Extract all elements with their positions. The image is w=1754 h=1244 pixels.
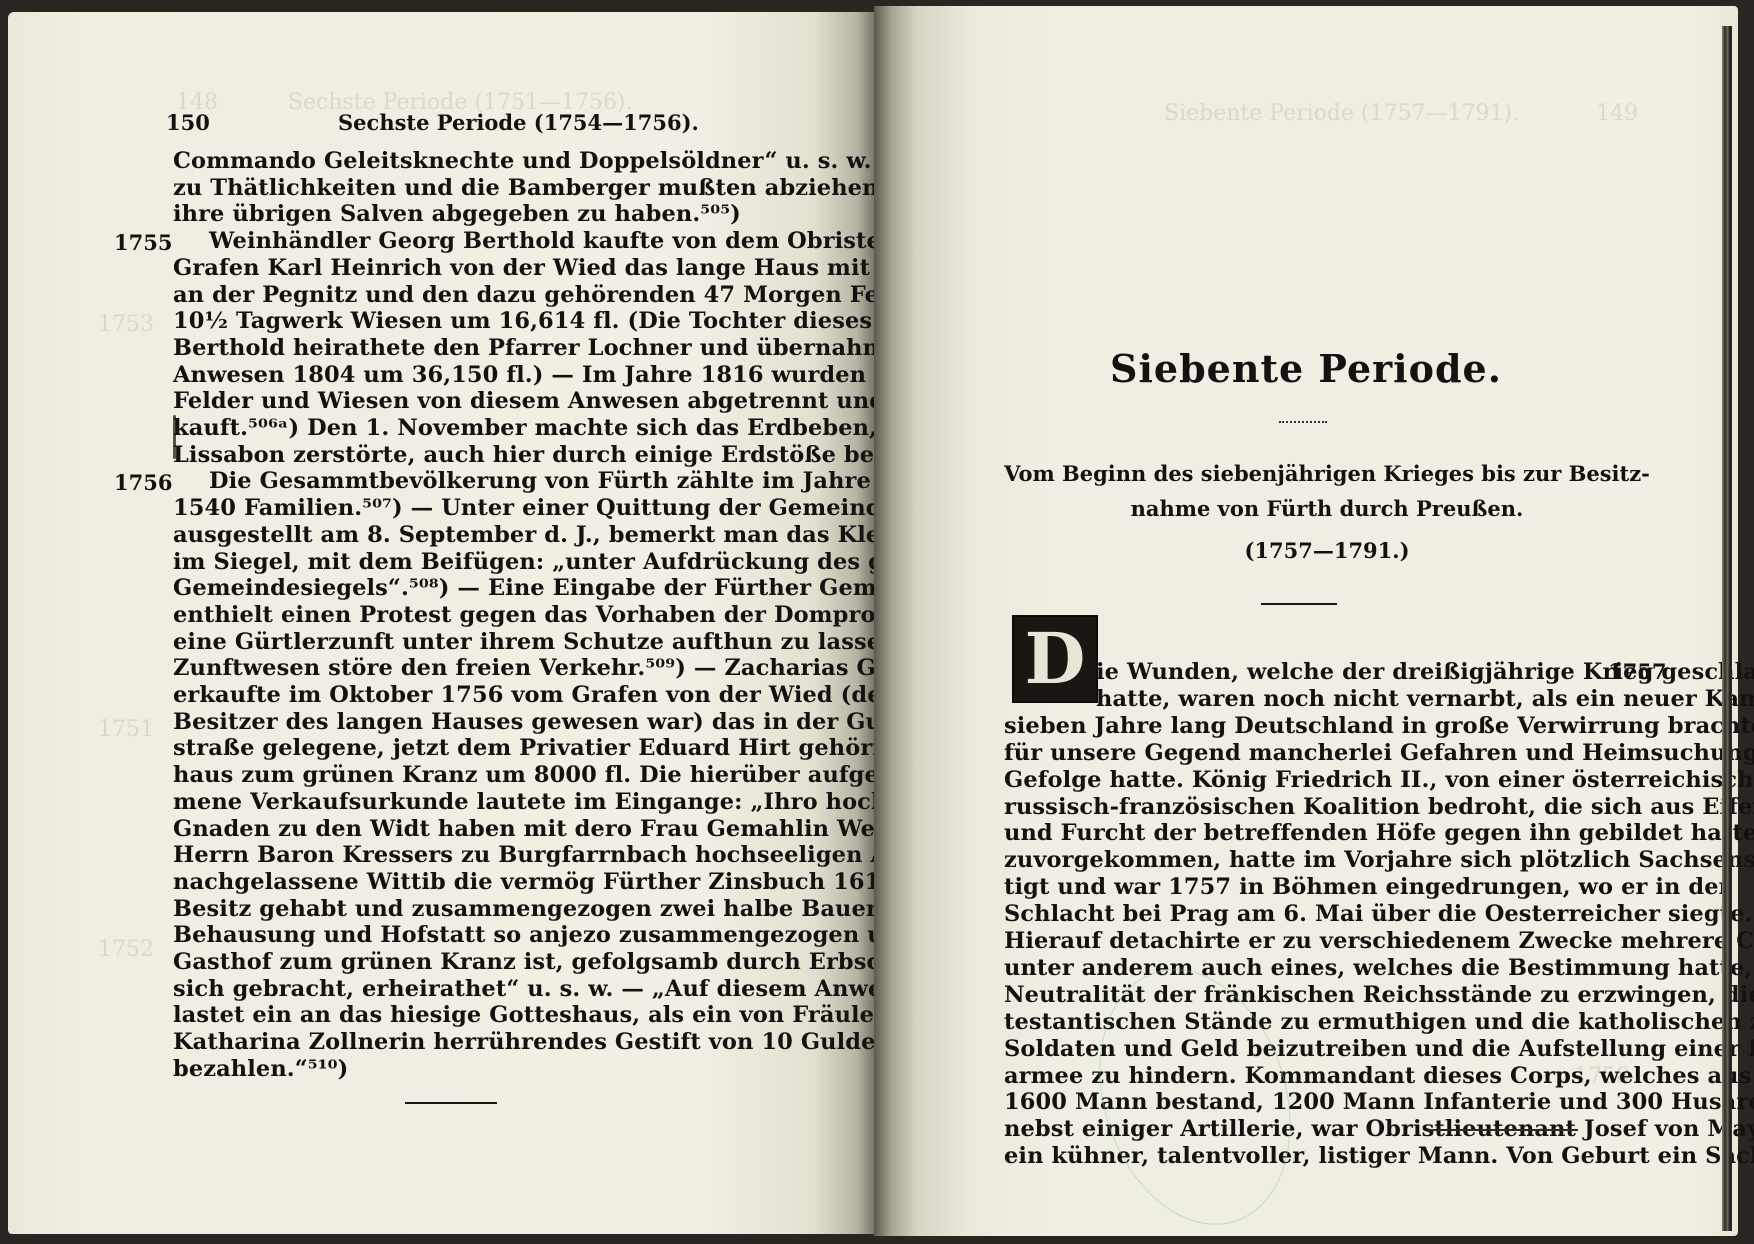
text-line: tigt und war 1757 in Böhmen eingedrungen…	[1004, 874, 1584, 900]
text-line: Hierauf detachirte er zu verschiedenem Z…	[1004, 928, 1584, 954]
text-line: 1600 Mann bestand, 1200 Mann Infanterie …	[1004, 1089, 1584, 1115]
text-line: Schlacht bei Prag am 6. Mai über die Oes…	[1004, 901, 1584, 927]
page-number: 150	[166, 110, 210, 135]
text-line: mene Verkaufsurkunde lautete im Eingange…	[173, 789, 745, 815]
margin-year: 1756	[114, 470, 172, 495]
chapter-subtitle-line-2: nahme von Fürth durch Preußen.	[1002, 496, 1652, 521]
text-line: sieben Jahre lang Deutschland in große V…	[1004, 713, 1584, 739]
chapter-title: Siebente Periode.	[874, 346, 1738, 391]
text-line: unter anderem auch eines, welches die Be…	[1004, 955, 1584, 981]
text-line: ausgestellt am 8. September d. J., bemer…	[173, 522, 745, 548]
text-line: Commando Geleitsknechte und Doppelsöldne…	[173, 148, 745, 174]
text-line: zu Thätlichkeiten und die Bamberger mußt…	[173, 175, 745, 201]
text-line: ihre übrigen Salven abgegeben zu haben.⁵…	[173, 201, 741, 227]
text-line: Weinhändler Georg Berthold kaufte von de…	[209, 228, 745, 254]
chapter-subtitle-line-1: Vom Beginn des siebenjährigen Krieges bi…	[1002, 461, 1652, 486]
text-line: ein kühner, talentvoller, listiger Mann.…	[1004, 1143, 1584, 1169]
page-block-edge	[1722, 26, 1732, 1231]
text-line: Katharina Zollnerin herrührendes Gestift…	[173, 1029, 745, 1055]
text-line: straße gelegene, jetzt dem Privatier Edu…	[173, 735, 745, 761]
text-line: bezahlen.“⁵¹⁰)	[173, 1056, 348, 1082]
text-line: russisch-französischen Koalition bedroht…	[1004, 794, 1584, 820]
text-line: erkaufte im Oktober 1756 vom Grafen von …	[173, 682, 745, 708]
text-line: Die Gesammtbevölkerung von Fürth zählte …	[209, 468, 745, 494]
text-line: zuvorgekommen, hatte im Vorjahre sich pl…	[1004, 847, 1584, 873]
running-header: Sechste Periode (1754—1756).	[338, 110, 699, 135]
show-through-year: 1752	[98, 937, 154, 962]
left-page: 148 Sechste Periode (1751—1756). 1753 17…	[8, 12, 874, 1234]
show-through-header: Siebente Periode (1757—1791). 149	[1164, 101, 1638, 126]
ornamental-rule	[1279, 418, 1327, 423]
text-line: Behausung und Hofstatt so anjezo zusamme…	[173, 922, 745, 948]
drop-cap-initial: D	[1012, 615, 1098, 703]
text-line: 1540 Familien.⁵⁰⁷) — Unter einer Quittun…	[173, 495, 745, 521]
section-end-rule	[405, 1102, 497, 1104]
text-line: Berthold heirathete den Pfarrer Lochner …	[173, 335, 745, 361]
text-line: Grafen Karl Heinrich von der Wied das la…	[173, 255, 745, 281]
text-line: Besitzer des langen Hauses gewesen war) …	[173, 709, 745, 735]
text-line: Gnaden zu den Widt haben mit dero Frau G…	[173, 816, 745, 842]
text-line: enthielt einen Protest gegen das Vorhabe…	[173, 602, 745, 628]
text-line: Gasthof zum grünen Kranz ist, gefolgsamb…	[173, 949, 745, 975]
text-line: Felder und Wiesen von diesem Anwesen abg…	[173, 388, 745, 414]
text-line: Neutralität der fränkischen Reichsstände…	[1004, 982, 1584, 1008]
text-line: nachgelassene Wittib die vermög Fürther …	[173, 869, 745, 895]
text-line: testantischen Stände zu ermuthigen und d…	[1004, 1009, 1584, 1035]
text-line: und Furcht der betreffenden Höfe gegen i…	[1004, 820, 1584, 846]
text-line: Gefolge hatte. König Friedrich II., von …	[1004, 767, 1584, 793]
text-line: Soldaten und Geld beizutreiben und die A…	[1004, 1036, 1584, 1062]
text-line: im Siegel, mit dem Beifügen: „unter Aufd…	[173, 549, 745, 575]
text-line: an der Pegnitz und den dazu gehörenden 4…	[173, 282, 745, 308]
text-line: haus zum grünen Kranz um 8000 fl. Die hi…	[173, 762, 745, 788]
chapter-date-range: (1757—1791.)	[1002, 538, 1652, 563]
open-book-spread: 148 Sechste Periode (1751—1756). 1753 17…	[0, 0, 1754, 1244]
show-through-year: 1753	[98, 312, 154, 337]
text-line: für unsere Gegend mancherlei Gefahren un…	[1004, 740, 1584, 766]
margin-year: 1755	[114, 230, 172, 255]
text-line: Herrn Baron Kressers zu Burgfarrnbach ho…	[173, 842, 745, 868]
right-page: Siebente Periode (1757—1791). 149 1758 S…	[874, 6, 1738, 1236]
text-line: ie Wunden, welche der dreißigjährige Kri…	[1096, 659, 1584, 685]
pencil-underline	[1428, 1129, 1578, 1131]
text-line: 10½ Tagwerk Wiesen um 16,614 fl. (Die To…	[173, 308, 745, 334]
text-line: armee zu hindern. Kommandant dieses Corp…	[1004, 1063, 1584, 1089]
text-line: hatte, waren noch nicht vernarbt, als ei…	[1096, 686, 1584, 712]
text-line: Zunftwesen störe den freien Verkehr.⁵⁰⁹)…	[173, 655, 745, 681]
text-line: Besitz gehabt und zusammengezogen zwei h…	[173, 896, 745, 922]
text-line: eine Gürtlerzunft unter ihrem Schutze au…	[173, 629, 745, 655]
text-line: sich gebracht, erheirathet“ u. s. w. — „…	[173, 976, 745, 1002]
text-line: Gemeindesiegels“.⁵⁰⁸) — Eine Eingabe der…	[173, 575, 745, 601]
text-line: lastet ein an das hiesige Gotteshaus, al…	[173, 1002, 745, 1028]
divider-rule	[1261, 603, 1337, 605]
show-through-year: 1751	[98, 717, 154, 742]
text-line: kauft.⁵⁰⁶ᵃ) Den 1. November machte sich …	[173, 415, 745, 441]
text-line: Anwesen 1804 um 36,150 fl.) — Im Jahre 1…	[173, 362, 745, 388]
